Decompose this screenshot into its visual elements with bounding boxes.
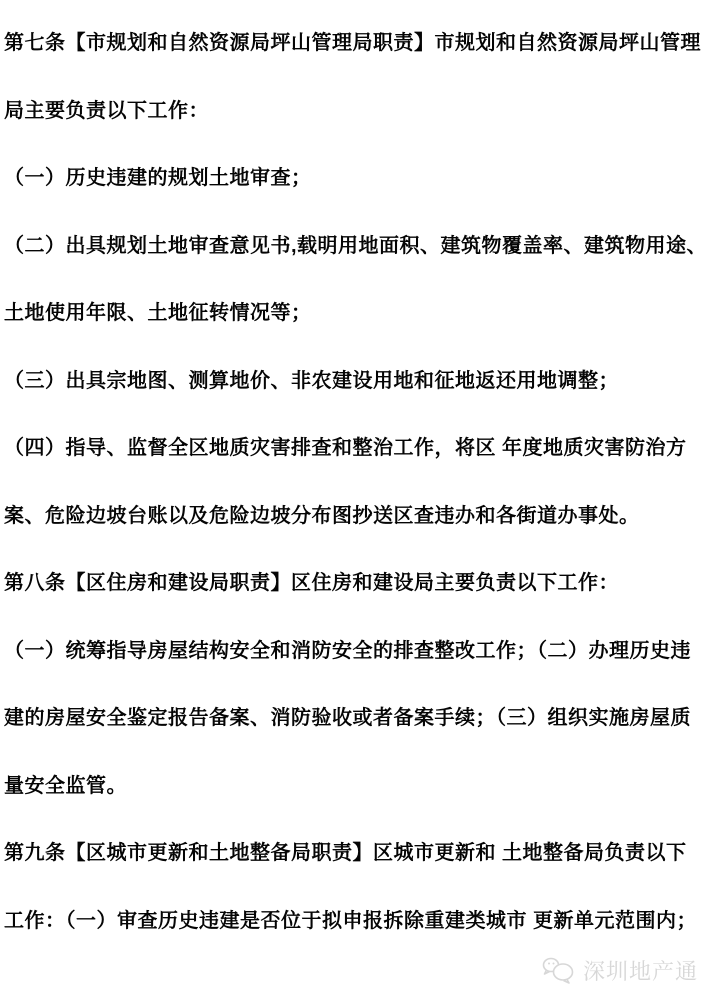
text-line: 第九条【区城市更新和土地整备局职责】区城市更新和 土地整备局负责以下 xyxy=(4,817,708,885)
text-line: （一）统筹指导房屋结构安全和消防安全的排查整改工作；（二）办理历史违 xyxy=(4,615,708,683)
paragraph-article-9: 第九条【区城市更新和土地整备局职责】区城市更新和 土地整备局负责以下 工作：（一… xyxy=(4,817,708,952)
text-line: （四）指导、监督全区地质灾害排查和整治工作，将区 年度地质灾害防治方 xyxy=(4,412,708,480)
paragraph-article-7-item-3: （三）出具宗地图、测算地价、非农建设用地和征地返还用地调整； xyxy=(4,345,708,413)
text-line: 工作：（一）审查历史违建是否位于拟申报拆除重建类城市 更新单元范围内； xyxy=(4,885,708,953)
watermark-label: 深圳地产通 xyxy=(583,955,698,986)
text-line: 局主要负责以下工作： xyxy=(4,75,708,143)
paragraph-article-8: 第八条【区住房和建设局职责】区住房和建设局主要负责以下工作： xyxy=(4,547,708,615)
text-line: 量安全监管。 xyxy=(4,750,708,818)
text-line: 土地使用年限、土地征转情况等； xyxy=(4,277,708,345)
overlapping-bubbles-logo-icon xyxy=(541,955,577,985)
document-body: 第七条【市规划和自然资源局坪山管理局职责】市规划和自然资源局坪山管理 局主要负责… xyxy=(4,7,708,952)
text-line: （三）出具宗地图、测算地价、非农建设用地和征地返还用地调整； xyxy=(4,345,708,413)
watermark: 深圳地产通 xyxy=(541,948,698,992)
text-line: （二）出具规划土地审查意见书,载明用地面积、建筑物覆盖率、建筑物用途、 xyxy=(4,210,708,278)
paragraph-article-7-item-2: （二）出具规划土地审查意见书,载明用地面积、建筑物覆盖率、建筑物用途、 土地使用… xyxy=(4,210,708,345)
text-line: 第八条【区住房和建设局职责】区住房和建设局主要负责以下工作： xyxy=(4,547,708,615)
text-line: 建的房屋安全鉴定报告备案、消防验收或者备案手续；（三）组织实施房屋质 xyxy=(4,682,708,750)
text-line: 案、危险边坡台账以及危险边坡分布图抄送区查违办和各街道办事处。 xyxy=(4,480,708,548)
text-line: （一）历史违建的规划土地审查； xyxy=(4,142,708,210)
paragraph-article-7: 第七条【市规划和自然资源局坪山管理局职责】市规划和自然资源局坪山管理 局主要负责… xyxy=(4,7,708,142)
paragraph-article-8-items: （一）统筹指导房屋结构安全和消防安全的排查整改工作；（二）办理历史违 建的房屋安… xyxy=(4,615,708,818)
text-line: 第七条【市规划和自然资源局坪山管理局职责】市规划和自然资源局坪山管理 xyxy=(4,7,708,75)
paragraph-article-7-item-4: （四）指导、监督全区地质灾害排查和整治工作，将区 年度地质灾害防治方 案、危险边… xyxy=(4,412,708,547)
paragraph-article-7-item-1: （一）历史违建的规划土地审查； xyxy=(4,142,708,210)
